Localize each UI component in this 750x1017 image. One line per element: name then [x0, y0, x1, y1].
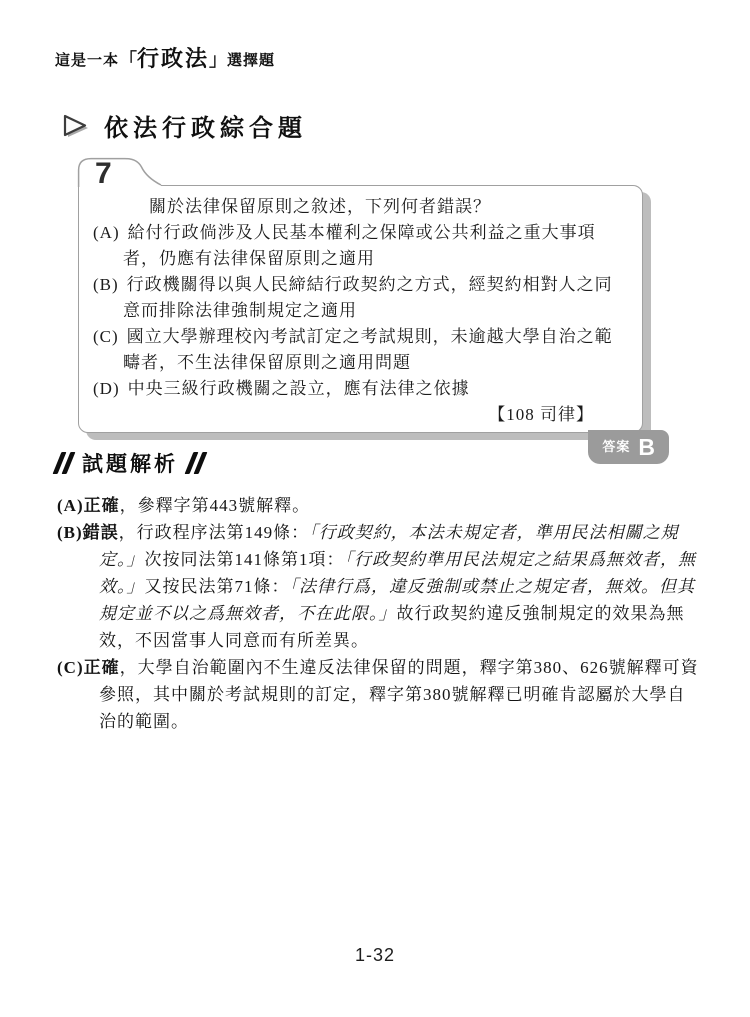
analysis-item-a-text: ，參釋字第443號解釋。: [120, 496, 311, 515]
analysis-item-b-verdict: 錯誤: [83, 523, 119, 542]
option-a: (A)給付行政倘涉及人民基本權利之保障或公共利益之重大事項者，仍應有法律保留原則…: [93, 220, 618, 272]
page-number: 1-32: [0, 945, 750, 966]
analysis-item-b-text: ，行政程序法第149條：: [119, 523, 310, 542]
analysis-item-c-verdict: 正確: [84, 658, 120, 677]
double-slash-icon: [189, 452, 203, 474]
section-title: 依法行政綜合題: [62, 108, 307, 143]
analysis-item-b-text: 次按同法第141條第1項：: [145, 550, 345, 569]
option-b-text: 行政機關得以與人民締結行政契約之方式，經契約相對人之同意而排除法律強制規定之適用: [123, 275, 613, 320]
option-c: (C)國立大學辦理校內考試訂定之考試規則，未逾越大學自治之範疇者，不生法律保留原…: [93, 324, 618, 376]
option-c-text: 國立大學辦理校內考試訂定之考試規則，未逾越大學自治之範疇者，不生法律保留原則之適…: [123, 327, 613, 372]
option-a-text: 給付行政倘涉及人民基本權利之保障或公共利益之重大事項者，仍應有法律保留原則之適用: [123, 223, 596, 268]
question-number: 7: [95, 159, 113, 189]
analysis-item-b-label: (B): [57, 523, 83, 542]
analysis-heading-label: 試題解析: [82, 448, 178, 478]
analysis-item-a: (A)正確，參釋字第443號解釋。: [57, 492, 699, 519]
running-head-suffix: 選擇題: [227, 53, 275, 70]
answer-letter: B: [638, 436, 656, 459]
option-b: (B)行政機關得以與人民締結行政契約之方式，經契約相對人之同意而排除法律強制規定…: [93, 272, 618, 324]
question-stem: 關於法律保留原則之敘述，下列何者錯誤？: [93, 194, 618, 220]
option-d-label: (D): [93, 379, 120, 398]
analysis-item-a-label: (A): [57, 496, 84, 515]
option-c-label: (C): [93, 327, 119, 346]
answer-badge-label: 答案: [602, 434, 630, 460]
answer-badge: 答案 B: [588, 430, 669, 464]
option-b-label: (B): [93, 275, 119, 294]
option-a-label: (A): [93, 223, 120, 242]
section-title-label: 依法行政綜合題: [104, 108, 307, 143]
analysis-heading: 試題解析: [57, 448, 203, 478]
running-head-open-bracket: 「: [119, 51, 137, 70]
book-title: 行政法: [137, 48, 209, 70]
running-head-prefix: 這是一本: [55, 53, 119, 70]
analysis-item-b: (B)錯誤，行政程序法第149條：「行政契約，本法未規定者，準用民法相關之規定。…: [57, 519, 699, 654]
analysis-item-c: (C)正確，大學自治範圍內不生違反法律保留的問題，釋字第380、626號解釋可資…: [57, 654, 699, 735]
running-head-close-bracket: 」: [209, 51, 227, 70]
option-d: (D)中央三級行政機關之設立，應有法律之依據: [93, 376, 618, 402]
question-number-tab: [78, 156, 162, 187]
analysis-item-c-text: ，大學自治範圍內不生違反法律保留的問題，釋字第380、626號解釋可資參照，其中…: [99, 658, 699, 731]
analysis-item-a-verdict: 正確: [84, 496, 120, 515]
analysis-body: (A)正確，參釋字第443號解釋。 (B)錯誤，行政程序法第149條：「行政契約…: [57, 492, 699, 735]
double-slash-icon: [57, 452, 71, 474]
analysis-item-b-text: 又按民法第71條：: [145, 577, 290, 596]
right-triangle-icon: [62, 113, 90, 139]
running-head: 這是一本 「 行政法 」 選擇題: [55, 48, 275, 70]
question-card: 7 關於法律保留原則之敘述，下列何者錯誤？ (A)給付行政倘涉及人民基本權利之保…: [78, 185, 643, 433]
option-d-text: 中央三級行政機關之設立，應有法律之依據: [128, 379, 470, 398]
book-page: 這是一本 「 行政法 」 選擇題 依法行政綜合題 7 關於法律保留原則之敘述，下…: [0, 0, 750, 1017]
analysis-item-c-label: (C): [57, 658, 84, 677]
question-source: 【108 司律】: [93, 402, 594, 428]
